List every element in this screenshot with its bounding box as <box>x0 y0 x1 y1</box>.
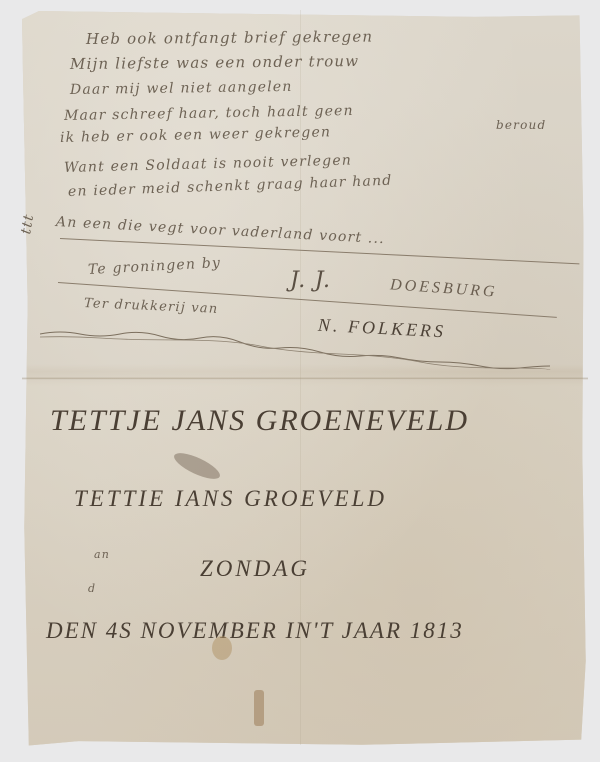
margin-note-right: beroud <box>496 118 546 132</box>
full-name-heading: TETTJE JANS GROENEVELD <box>50 404 469 438</box>
imprint-initials: J. J. <box>290 268 331 293</box>
wavy-divider <box>40 328 560 378</box>
poem-line-1: Heb ook ontfangt brief gekregen <box>86 27 373 48</box>
poem-line-3: Daar mij wel niet aangelen <box>70 79 293 98</box>
poem-line-2: Mijn liefste was een onder trouw <box>70 52 359 73</box>
day-label: ZONDAG <box>200 556 310 582</box>
water-stain <box>212 636 232 660</box>
small-mark-1: an <box>94 548 110 561</box>
paper-tear <box>254 690 264 726</box>
name-variant: TETTIE IANS GROEVELD <box>74 486 387 512</box>
small-mark-2: d <box>88 582 96 595</box>
date-line: DEN 4S NOVEMBER IN'T JAAR 1813 <box>46 618 464 644</box>
